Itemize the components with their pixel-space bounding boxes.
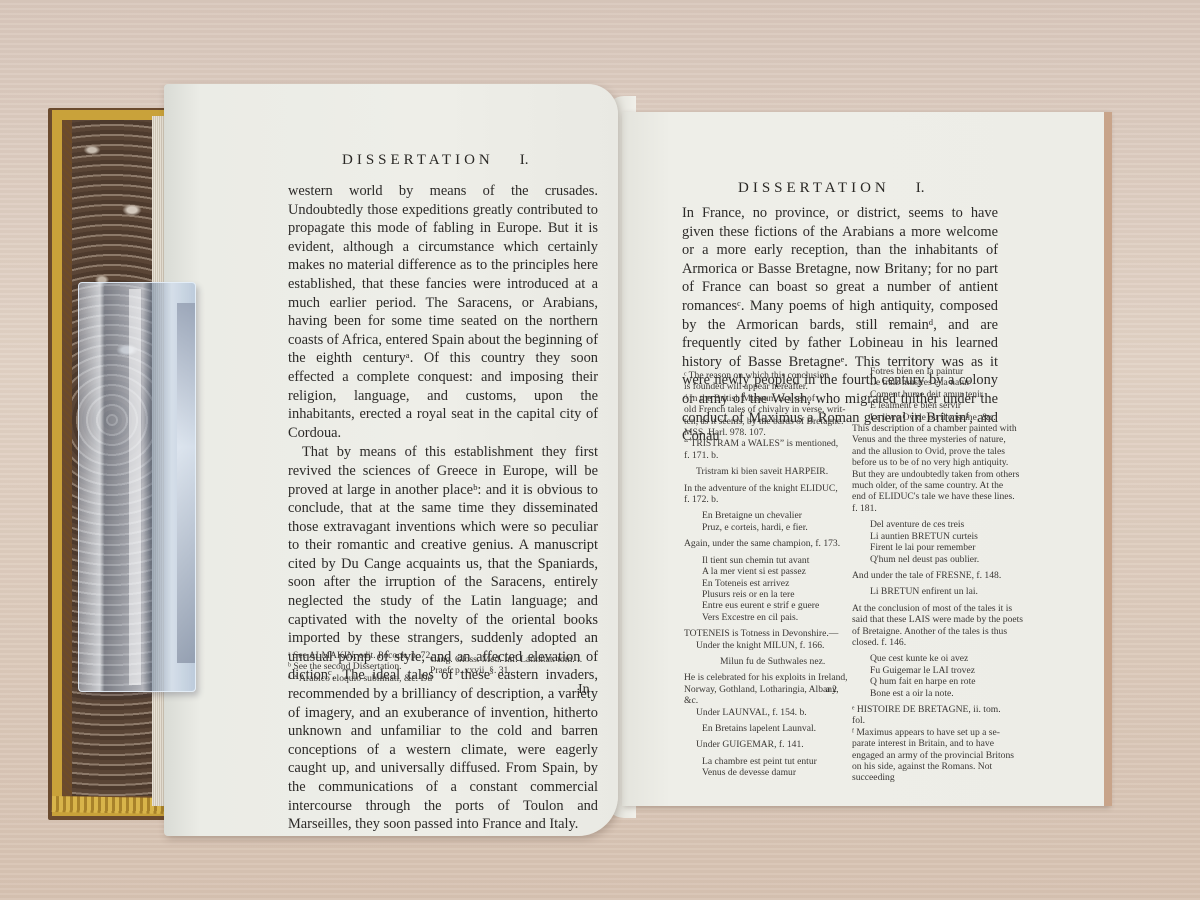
footnote-line: of Bretaigne. Another of the tales is th… (852, 626, 1022, 637)
footnote-line: “ TRISTRAM a WALES” is mentioned, (684, 438, 854, 449)
footnote-line: En Bretains lapelent Launval. (684, 723, 854, 734)
footnote-line: Il tient sun chemin tut avant (684, 555, 854, 566)
footnote-line: Le livre Ovide ou il enseine, &c. (852, 412, 1022, 423)
footnote-line: Bone est a oir la note. (852, 688, 1022, 699)
running-head-title: DISSERTATION (738, 180, 890, 196)
footnote-line: In the adventure of the knight ELIDUC, (684, 483, 854, 494)
paragraph: western world by means of the crusades. … (288, 182, 598, 442)
footnote-line: Q hum fait en harpe en rote (852, 676, 1022, 687)
left-body-text: western world by means of the crusades. … (288, 182, 598, 834)
footnote-line: f. 171. b. (684, 450, 854, 461)
footnote-line: And under the tale of FRESNE, f. 148. (852, 570, 1022, 581)
footnote-line: Le traiz mustres e la natur (852, 377, 1022, 388)
footnote-line: &c. (684, 695, 854, 706)
footnote-line: end of ELIDUC's tale we have these lines… (852, 491, 1022, 502)
running-head-title: DISSERTATION (342, 152, 494, 168)
footnote-line: En Toteneis est arrivez (684, 578, 854, 589)
footnote-line: on his side, against the Romans. Not (852, 761, 1022, 772)
footnote-line: is founded will appear hereafter. (684, 381, 854, 392)
footnote-line: f. 172. b. (684, 494, 854, 505)
footnote-line: said that these LAIS were made by the po… (852, 614, 1022, 625)
footnote-line: Vers Excestre en cil pais. (684, 612, 854, 623)
footnote-line: ᵈ In the British Museum is a set of (684, 393, 854, 404)
footnote-line: TOTENEIS is Totness in Devonshire.— (684, 628, 854, 639)
footnote-line: ᶜ The reason on which this conclusion (684, 370, 854, 381)
footnote-line: much older, of the same country. At the (852, 480, 1022, 491)
book-cover-right-edge (1104, 112, 1112, 806)
running-head-right: DISSERTATIONI. (738, 180, 924, 197)
footnote-line: Under the knight MILUN, f. 166. (684, 640, 854, 651)
footnote-line: Under GUIGEMAR, f. 141. (684, 739, 854, 750)
paragraph: That by means of this establishment they… (288, 443, 598, 833)
running-head-left: DISSERTATIONI. (342, 152, 528, 169)
footnote: ᶜ “ Arabico eloquio sublimati, &c. Du (288, 673, 438, 684)
footnote-line: A la mer vient si est passez (684, 566, 854, 577)
footnote-line: parate interest in Britain, and to have (852, 738, 1022, 749)
catchword: In (578, 682, 590, 698)
footnote-line: ten, as it seems, by the bards of Bretag… (684, 416, 854, 427)
footnote-line: Fotres bien en la paintur (852, 366, 1022, 377)
footnote-line: But they are undoubtedly taken from othe… (852, 469, 1022, 480)
footnote-line: En Bretaigne un chevalier (684, 510, 854, 521)
footnote-line: closed. f. 146. (852, 637, 1022, 648)
footnote-line: succeeding (852, 772, 1022, 783)
footnote-line: before us to be of no very high antiquit… (852, 457, 1022, 468)
footnote: ᵃ See ALMAKIN, edit. Pocock. p. 72. (288, 650, 438, 661)
footnote-line: At the conclusion of most of the tales i… (852, 603, 1022, 614)
footnote-line: engaged an army of the provincial Briton… (852, 750, 1022, 761)
footnote-line: La chambre est peint tut entur (684, 756, 854, 767)
left-footnotes-col1: ᵃ See ALMAKIN, edit. Pocock. p. 72. ᵇ Se… (288, 650, 438, 684)
footnote-line: Venus de devesse damur (684, 767, 854, 778)
footnote-line: Que cest kunte ke oi avez (852, 653, 1022, 664)
footnote-line: Q'hum nel deust pas oublier. (852, 554, 1022, 565)
footnote-line: f. 181. (852, 503, 1022, 514)
right-footnotes-col1: ᶜ The reason on which this conclusionis … (684, 370, 854, 779)
running-head-number: I. (916, 180, 925, 196)
footnote: Praef. p. xxvii. §. 31. (430, 665, 600, 676)
footnote-line: Again, under the same champion, f. 173. (684, 538, 854, 549)
footnote: ᵇ See the second Dissertation. (288, 661, 438, 672)
footnote-line: E lealment e bien servir (852, 400, 1022, 411)
footnote-line: Coment hume deit amur tenir (852, 389, 1022, 400)
footnote-line: ᵉ HISTOIRE DE BRETAGNE, ii. tom. (852, 704, 1022, 715)
footnote-line: Li BRETUN enfirent un lai. (852, 586, 1022, 597)
footnote-line: This description of a chamber painted wi… (852, 423, 1022, 434)
running-head-number: I. (520, 152, 529, 168)
footnote-line: He is celebrated for his exploits in Ire… (684, 672, 854, 683)
right-footnotes-col2: Fotres bien en la painturLe traiz mustre… (852, 366, 1022, 784)
glass-book-weight (78, 282, 196, 692)
footnote: Cang. Gloss. Med. Inf. Latinitat. tom. i… (430, 654, 600, 665)
footnote-line: Firent le lai pour remember (852, 542, 1022, 553)
footnote-line: Under LAUNVAL, f. 154. b. (684, 707, 854, 718)
footnote-line: Tristram ki bien saveit HARPEIR. (684, 466, 854, 477)
footnote-line: Entre eus eurent e strif e guere (684, 600, 854, 611)
left-footnotes-col2: Cang. Gloss. Med. Inf. Latinitat. tom. i… (430, 654, 600, 677)
footnote-line: Fu Guigemar le LAI trovez (852, 665, 1022, 676)
footnote-line: Venus and the three mysteries of nature, (852, 434, 1022, 445)
footnote-line: Li auntien BRETUN curteis (852, 531, 1022, 542)
footnote-line: and the allusion to Ovid, prove the tale… (852, 446, 1022, 457)
footnote-line: Del aventure de ces treis (852, 519, 1022, 530)
footnote-line: fol. (852, 715, 1022, 726)
footnote-line: Pruz, e corteis, hardi, e fier. (684, 522, 854, 533)
footnote-line: old French tales of chivalry in verse, w… (684, 404, 854, 415)
footnote-line: Milun fu de Suthwales nez. (684, 656, 854, 667)
footnote-line: MSS. Harl. 978. 107. (684, 427, 854, 438)
signature-mark: a 2 (826, 684, 837, 694)
footnote-line: ᶠ Maximus appears to have set up a se- (852, 727, 1022, 738)
footnote-line: Plusurs reis or en la tere (684, 589, 854, 600)
